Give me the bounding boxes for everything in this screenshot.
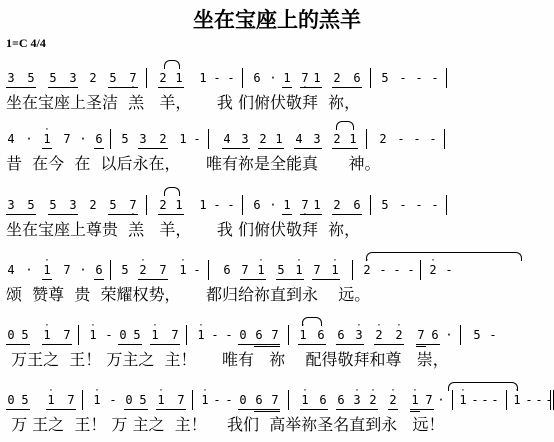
notation-line: 4· 1· 7· 6 5 2· 7 1· - 6 71· 51· 71· 2· … bbox=[6, 258, 554, 282]
lyrics-line: 万王之 王！ 万主之 主！ 唯有 祢 配得敬拜和尊 崇， bbox=[6, 349, 449, 371]
score-system-5: 05 1· 7 1· - 05 1· 7 1· -- 067 1· 6 63· … bbox=[6, 323, 554, 383]
notation-line: 05 1· 7 1· - 05 1· 7 1· -- 067 1· 6 63· … bbox=[6, 388, 554, 412]
song-title: 坐在宝座上的羔羊 bbox=[0, 4, 554, 34]
score-system-2: 4· 1· 7· 6 5 32 1- 43 21 43 21 2--- 昔 在今… bbox=[6, 127, 554, 187]
score-system-1: 35 53 2 57 · 21 1-- 6· 1 71 · 26 5--- 坐在… bbox=[6, 66, 554, 126]
score-system-6: 05 1· 7 1· - 05 1· 7 1· -- 067 1· 6 63· … bbox=[6, 388, 554, 442]
score-system-3: 35 53 2 57 · 21 1-- 6· 1 71 · 26 5--- 坐在… bbox=[6, 193, 554, 253]
lyrics-line: 昔 在今 在 以后永在， 唯有祢是全能真 神。 bbox=[6, 153, 380, 175]
notation-line: 35 53 2 57 · 21 1-- 6· 1 71 · 26 5--- bbox=[6, 193, 554, 217]
lyrics-line: 坐在宝座上圣洁 羔 羊， 我 们俯伏敬拜 祢， bbox=[6, 92, 360, 114]
lyrics-line: 坐在宝座上尊贵 羔 羊， 我 们俯伏敬拜 祢， bbox=[6, 219, 360, 241]
notation-line: 4· 1· 7· 6 5 32 1- 43 21 43 21 2--- bbox=[6, 127, 554, 151]
notation-line: 05 1· 7 1· - 05 1· 7 1· -- 067 1· 6 63· … bbox=[6, 323, 554, 347]
key-signature: 1=C 4/4 bbox=[6, 36, 46, 51]
score-system-4: 4· 1· 7· 6 5 2· 7 1· - 6 71· 51· 71· 2· … bbox=[6, 258, 554, 318]
lyrics-line: 颂 赞尊 贵 荣耀权势， 都归给祢直到永 远。 bbox=[6, 284, 370, 306]
notation-line: 35 53 2 57 · 21 1-- 6· 1 71 · 26 5--- bbox=[6, 66, 554, 90]
lyrics-line: 万 王之 王！ 万 主之 主！ 我们 高举祢圣名直到永 远！ bbox=[6, 414, 444, 436]
